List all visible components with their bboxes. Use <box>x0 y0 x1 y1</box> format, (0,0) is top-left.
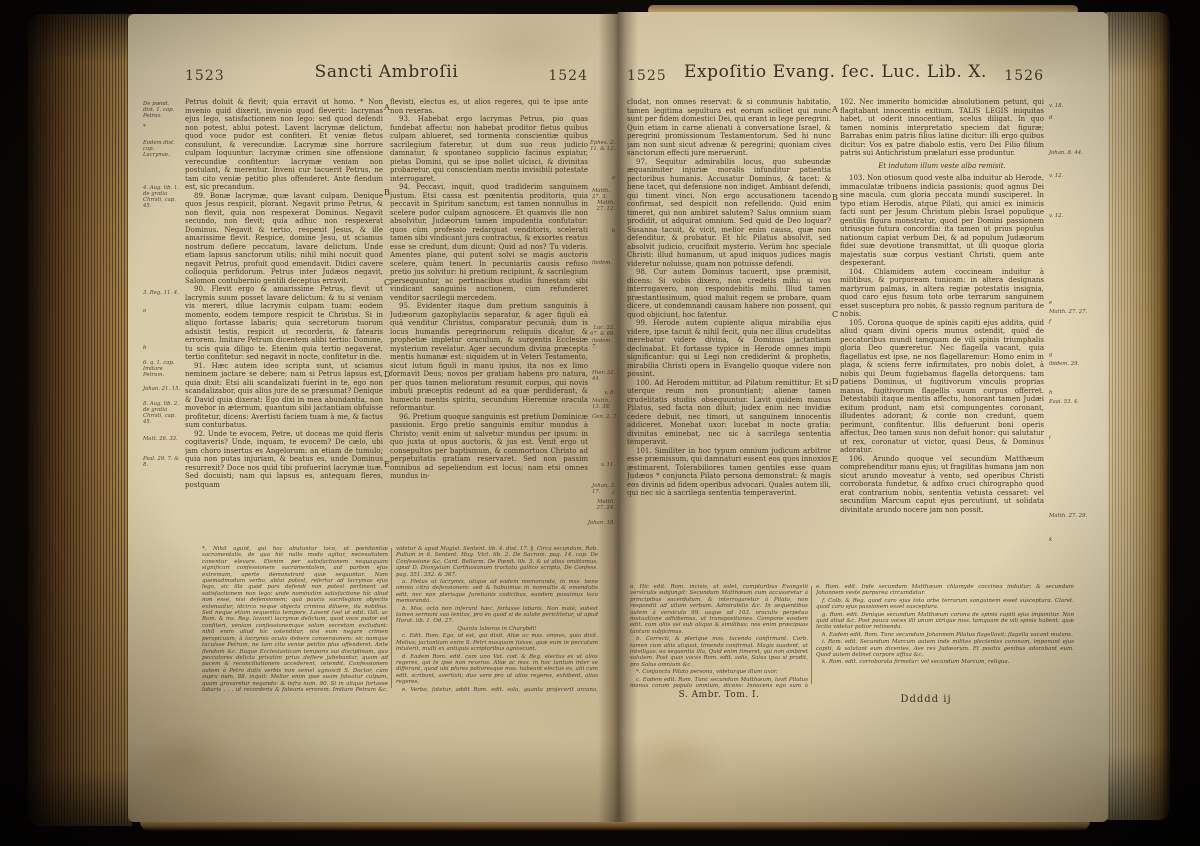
margin-note: Esai. 53. 4. <box>1049 399 1101 405</box>
footnote: videtur & apud Magist. Sentent. lib. 4. … <box>396 546 598 578</box>
right-page-header: 1525 Expoſitio Evang. ſec. Luc. Lib. X. … <box>627 62 1044 88</box>
running-title-left: Sancti Ambroſii <box>315 62 459 82</box>
footnote: d. Eadem Rom. edit. cum uno Vat. cod. & … <box>396 654 598 686</box>
footnote: b. Correcti, & plerique mss. tacendo con… <box>630 636 808 668</box>
margin-note: v. 12. <box>1049 213 1101 219</box>
footnotes-column-1: a. Hîc edit. Rom. incisis, ut solet, com… <box>630 584 808 688</box>
margin-note: b <box>143 345 181 351</box>
column-letter: A <box>384 103 390 112</box>
column-letter: D <box>832 377 838 386</box>
margin-note: d <box>1049 115 1101 121</box>
margin-note: Johan. 8. 44. <box>1049 150 1101 156</box>
margin-note: b <box>587 228 615 234</box>
paragraph: 89. Bonæ lacrymæ, quæ lavant culpam. Den… <box>185 192 383 286</box>
footnote: e. Verbo, fatetur, addit Rom. edit. sola… <box>396 687 598 692</box>
paragraph: 95. Evidenter itaque dum pretium sanguin… <box>390 302 588 413</box>
margin-note: Johan. 18. <box>587 520 615 526</box>
book-photo: 1523 Sancti Ambroſii 1524 De pœnit. dist… <box>0 0 1200 846</box>
footnote-divider-rule <box>391 548 392 688</box>
outer-margin-notes: v. 18.dJohan. 8. 44.v. 12.v. 12.eMatth. … <box>1049 98 1101 578</box>
paragraph: 90. Flevit ergo & amarissime Petrus, fle… <box>185 285 383 362</box>
margin-note: k <box>1049 537 1101 543</box>
margin-note: Matth. 27. 27. <box>1049 309 1101 315</box>
paragraph: 104. Chlamidem autem coccineam induitur … <box>840 268 1044 319</box>
margin-note: v. 8. <box>587 390 615 396</box>
column-letter: B <box>384 188 390 197</box>
margin-note: f <box>1049 319 1101 325</box>
margin-note: Matth. 27. 24. <box>587 499 615 511</box>
footnotes-column-1: *. Nihil agunt, qui hoc abutuntur loco, … <box>202 546 388 692</box>
text-column-1: Petrus doluit & flevit; quia erravit ut … <box>185 98 383 546</box>
text-column-2: flevisti, electus es, ut alios regeres, … <box>390 98 588 546</box>
column-letter: E <box>384 460 390 469</box>
footnote: Quanta laboras in Charybdi! <box>396 626 598 632</box>
column-letter: B <box>832 193 838 202</box>
paragraph: 96. Pretium quoque sanguinis est pretium… <box>390 413 588 481</box>
margin-note: ibidem. 29. <box>1049 361 1101 367</box>
footnote-divider-rule <box>811 586 812 684</box>
margin-note: Matth. 27. 29. <box>1049 513 1101 519</box>
margin-note: Psal. 29. 7. & 8. <box>143 456 181 468</box>
margin-note: Eodem dist. cap. Lacrymæ. <box>143 140 181 158</box>
footnote: h. Eadem edit. Rom. Tunc secundum Johann… <box>816 632 1074 638</box>
footnote: b. Mss. octo non inferunt hæc, fortasse … <box>396 606 598 625</box>
text-column-1: cludat, non omnes reservat: & si communi… <box>627 98 831 592</box>
left-page: 1523 Sancti Ambroſii 1524 De pœnit. dist… <box>128 14 618 822</box>
paragraph: 92. Unde te evocem, Petre, ut doceas me … <box>185 430 383 490</box>
footnote: i. Rom. edit. Secundum Marcum autem inde… <box>816 639 1074 658</box>
paragraph: 93. Habebat ergo lacrymas Petrus, pio qu… <box>390 115 588 183</box>
column-letter: C <box>832 310 838 319</box>
margin-note: a <box>587 175 615 181</box>
paragraph: 91. Hæc autem ideo scripta sunt, ut scia… <box>185 362 383 430</box>
margin-note: Johan. 21. 15. <box>143 386 181 392</box>
paragraph: 98. Cur autem Dominus tacuerit, ipse præ… <box>627 268 831 319</box>
outer-margin-notes: De pœnit. dist. 1. cap. Petrus.*Eodem di… <box>143 98 181 558</box>
margin-note: Matt. 26. 33. <box>143 436 181 442</box>
paragraph: 102. Nec immerito homicidæ absolutionem … <box>840 98 1044 158</box>
footnote: *. Conjuncta Pilato persona, videturque … <box>630 669 808 675</box>
margin-note: De pœnit. dist. 1. cap. Petrus. <box>143 101 181 119</box>
footnote: c. Edit. Rom. Ego, id est, qui dixit. Al… <box>396 633 598 652</box>
signature-mark: Ddddd ij <box>816 694 1036 705</box>
paragraph: 103. Non otiosum quod veste alba induitu… <box>840 174 1044 268</box>
margin-note: v. 18. <box>1049 103 1101 109</box>
paragraph: 105. Corona quoque de spinis capiti ejus… <box>840 319 1044 455</box>
paragraph: 101. Similiter in hoc typum omnium judic… <box>627 447 831 498</box>
text-column-2: 102. Nec immerito homicidæ absolutionem … <box>840 98 1044 594</box>
fore-edge-right-page-stack <box>1106 12 1170 820</box>
footnotes-column-2: videtur & apud Magist. Sentent. lib. 4. … <box>396 546 598 692</box>
fore-edge-left-page-stack <box>28 14 132 826</box>
paragraph: flevisti, electus es, ut alios regeres, … <box>390 98 588 115</box>
footnote: g. Rom. edit. Denique secundum Matthæum … <box>816 612 1074 631</box>
paragraph: 106. Arundo quoque vel secundùm Matthæum… <box>840 455 1044 515</box>
margin-note: g <box>1049 352 1101 358</box>
margin-note: i <box>1049 435 1101 441</box>
column-letter: A <box>832 105 838 114</box>
margin-note: h <box>1049 390 1101 396</box>
footnote: c. Eadem edit. Rom. Tunc secundum Matthæ… <box>630 677 808 688</box>
paragraph: Et indutum illum veste alba remisit. <box>840 162 1044 171</box>
paragraph: 99. Herode autem cupiente aliqua mirabil… <box>627 319 831 379</box>
left-page-header: 1523 Sancti Ambroſii 1524 <box>185 62 588 88</box>
paragraph: 97. Sequitur admirabilis locus, quo sube… <box>627 158 831 269</box>
column-letter: E <box>832 455 838 464</box>
margin-note: Matth. 27. 12. <box>587 200 615 212</box>
margin-note: 8. Aug. lib. 2. de gratia Christi, cap. … <box>143 401 181 425</box>
folio-number-left: 1523 <box>185 68 225 84</box>
paragraph: Petrus doluit & flevit; quia erravit ut … <box>185 98 383 192</box>
footnote: k. Rom. edit. corroborata firmetur: vel … <box>816 659 1074 665</box>
folio-number-right: 1524 <box>548 68 588 84</box>
margin-note: v. 11. <box>587 462 615 468</box>
folio-number-left: 1525 <box>627 68 667 84</box>
margin-note: e <box>1049 300 1101 306</box>
footnotes-column-2: e. Rom. edit. Inde secundum Matthæum chl… <box>816 584 1074 688</box>
paragraph: 100. Ad Herodem mittitur, ad Pilatum rem… <box>627 379 831 447</box>
margin-note: v. 12. <box>1049 173 1101 179</box>
footnote: a. Hîc edit. Rom. incisis, ut solet, com… <box>630 584 808 635</box>
footnote: f. Colb. & Reg. quod caro ejus toto orbe… <box>816 598 1074 611</box>
running-title-right: Expoſitio Evang. ſec. Luc. Lib. X. <box>684 62 987 82</box>
paragraph: cludat, non omnes reservat: & si communi… <box>627 98 831 158</box>
margin-note: Ephes. 2. 11. & 12. <box>587 140 615 152</box>
margin-note: 3. Reg. 11. 4. <box>143 290 181 296</box>
footnote: a. Fletus ut lacrymis, utique ad eadem m… <box>396 579 598 605</box>
margin-note: c <box>587 490 615 496</box>
margin-note: 6. q. 1. cap. Imitare Petrum. <box>143 360 181 378</box>
margin-note: Luc. 22. 67. & 68. <box>587 325 615 337</box>
footnote: *. Nihil agunt, qui hoc abutuntur loco, … <box>202 546 388 692</box>
volume-line: S. Ambr. Tom. I. <box>630 690 808 700</box>
inner-margin-notes: Ephes. 2. 11. & 12.aMatth. 27. 12.bLuc. … <box>587 98 615 568</box>
margin-note: 4. Aug. lib. 1. de gratia Christi, cap. … <box>143 185 181 209</box>
right-page: 1525 Expoſitio Evang. ſec. Luc. Lib. X. … <box>618 12 1108 822</box>
folio-number-right: 1526 <box>1004 68 1044 84</box>
margin-note: a <box>143 308 181 314</box>
margin-note: * <box>143 124 181 130</box>
paragraph: 94. Peccavi, inquit, quod tradiderim san… <box>390 183 588 302</box>
footnote: e. Rom. edit. Inde secundum Matthæum chl… <box>816 584 1074 597</box>
